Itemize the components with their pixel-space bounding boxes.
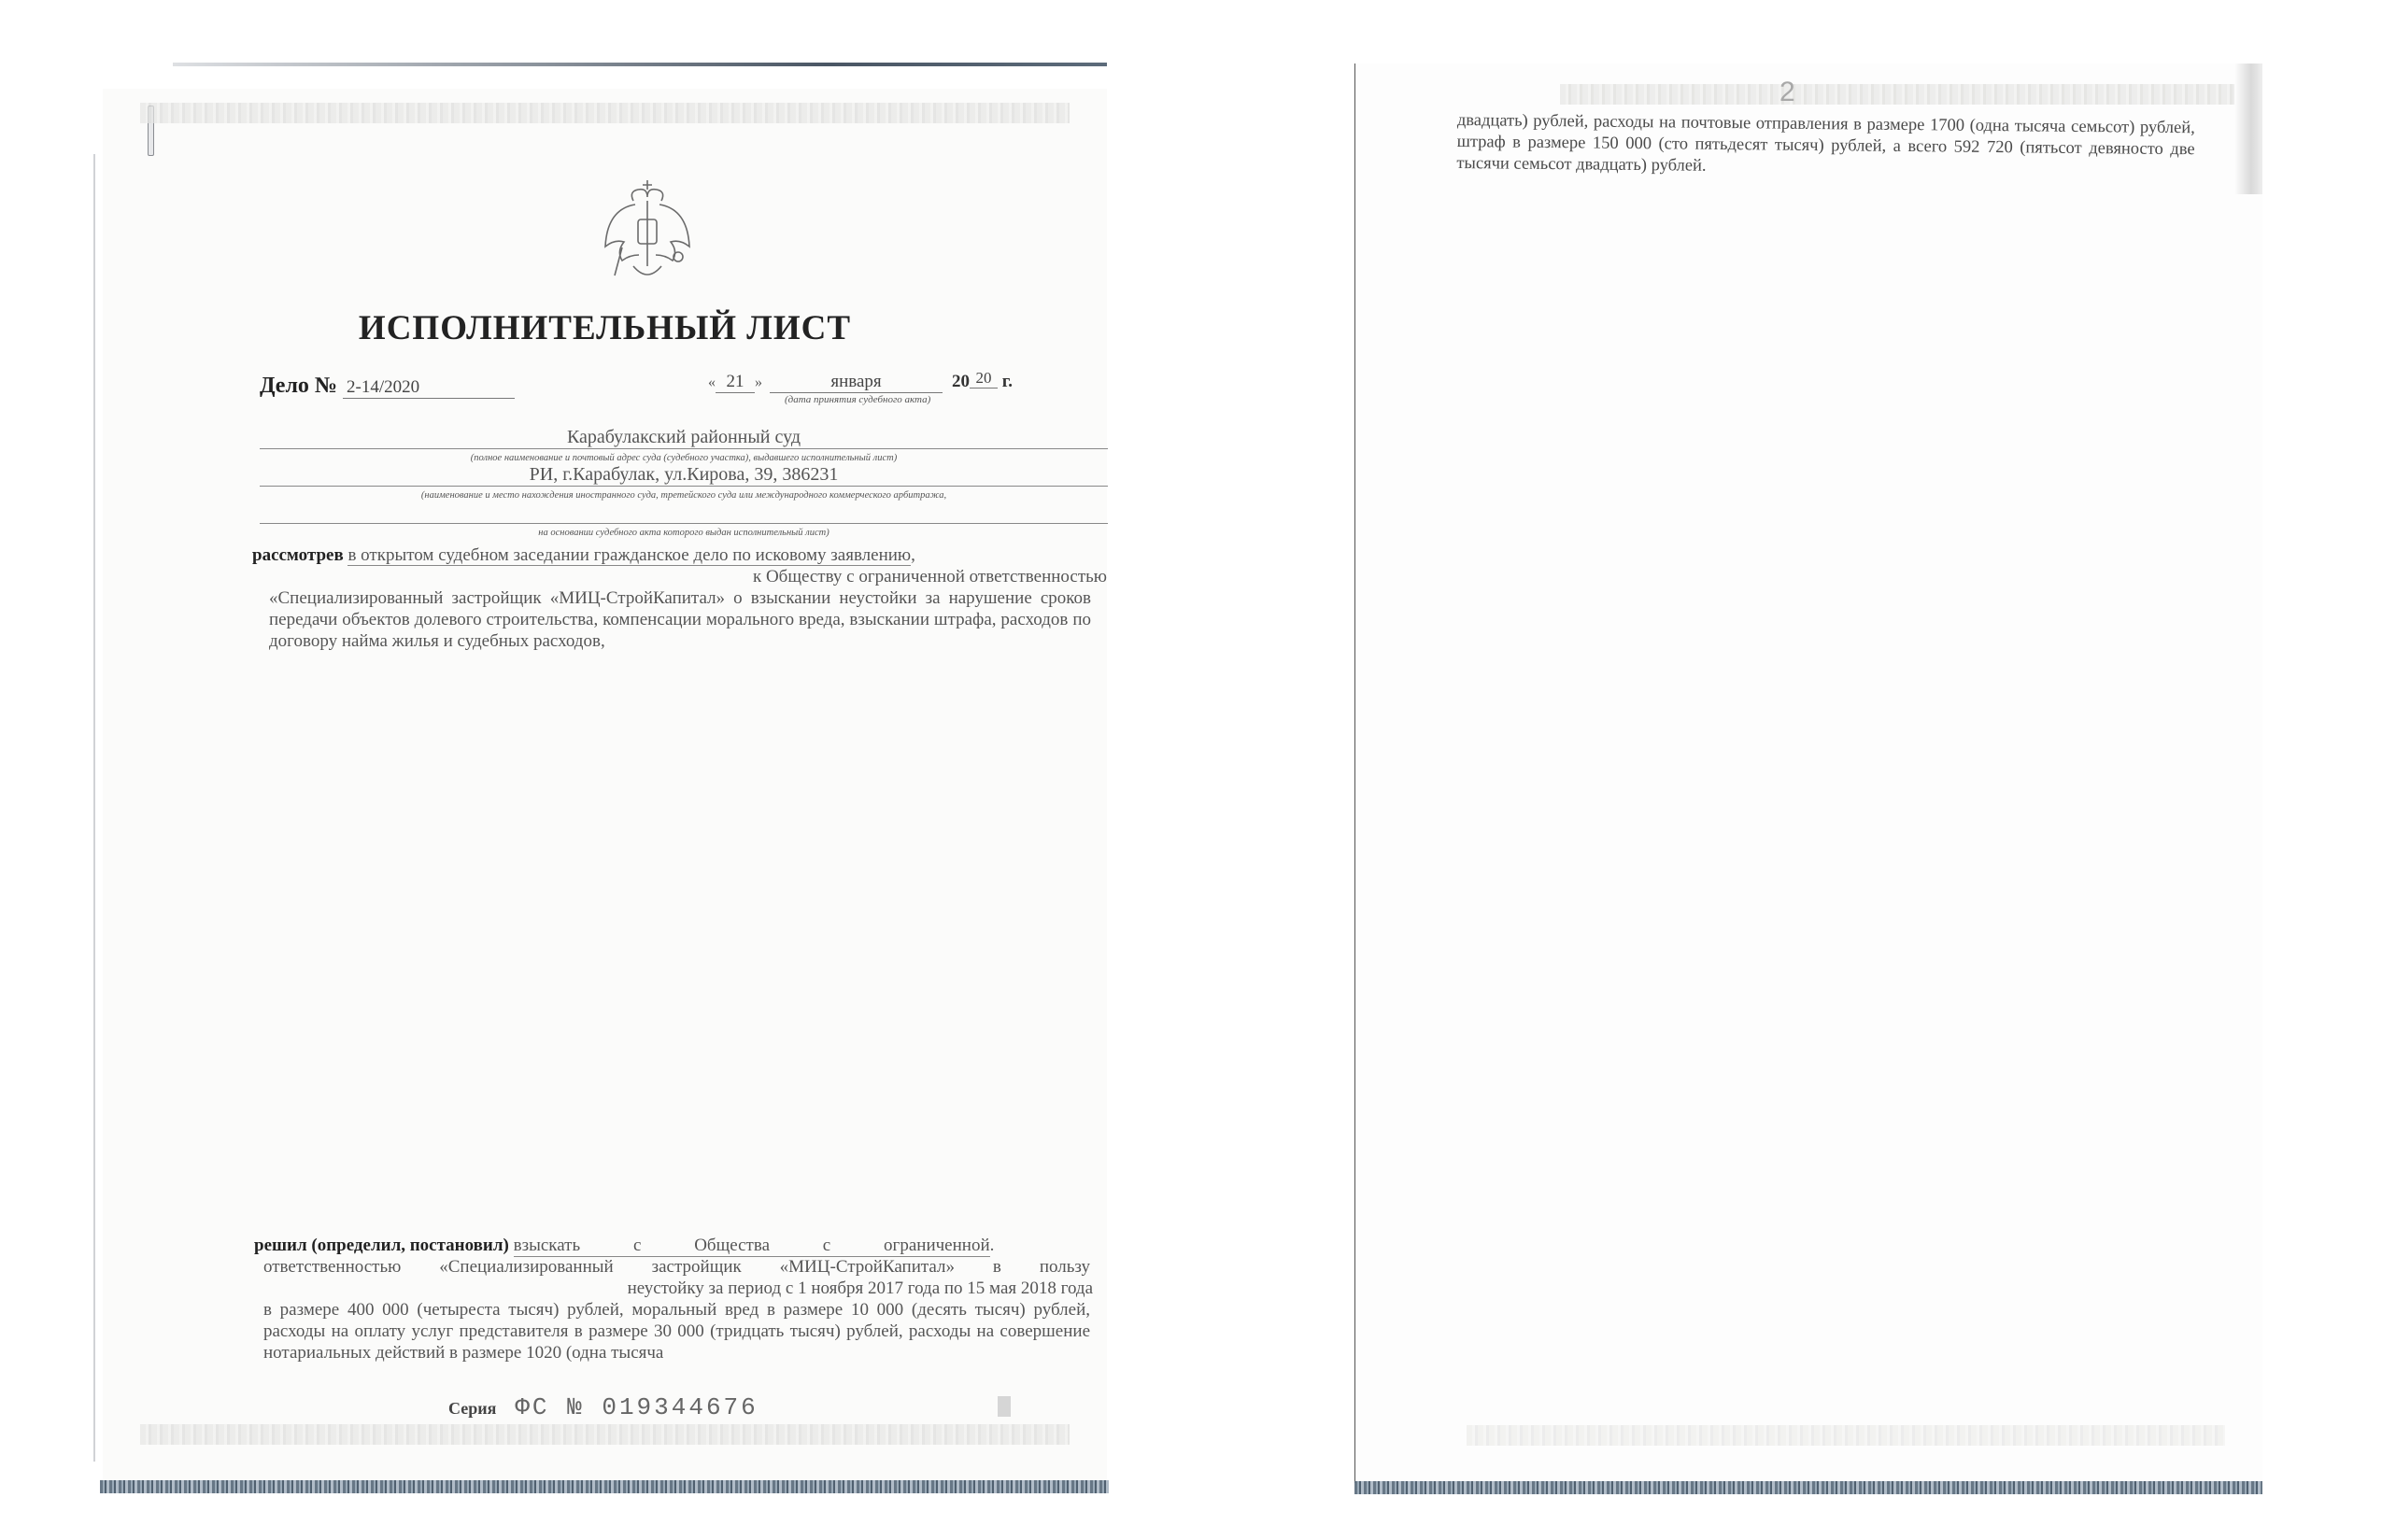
decided-line-3: неустойку за период с 1 ноября 2017 года… bbox=[532, 1278, 1093, 1299]
quote-open: « bbox=[708, 374, 716, 390]
considered-label: рассмотрев bbox=[252, 545, 344, 565]
case-number: 2-14/2020 bbox=[343, 377, 515, 399]
date-year-suffix: 20 bbox=[970, 369, 998, 389]
series-label: Серия bbox=[448, 1399, 496, 1418]
date-year-prefix: 20 bbox=[952, 372, 970, 391]
page-border bbox=[1354, 64, 1355, 1483]
court-name: Карабулакский районный суд bbox=[260, 427, 1108, 449]
basis-caption: на основании судебного акта которого выд… bbox=[260, 528, 1108, 538]
decided-text-rest: в размере 400 000 (четыреста тысяч) рубл… bbox=[263, 1299, 1090, 1363]
considered-text-rest: «Специализированный застройщик «МИЦ-Стро… bbox=[269, 587, 1091, 652]
page-shadow bbox=[93, 154, 95, 1462]
decorative-border-bottom bbox=[1467, 1425, 2225, 1446]
document-title: ИСПОЛНИТЕЛЬНЫЙ ЛИСТ bbox=[103, 308, 1107, 348]
date-day: 21 bbox=[716, 372, 755, 393]
decided-label: решил (определил, постановил) bbox=[254, 1236, 509, 1255]
page-number: 2 bbox=[1779, 77, 1795, 108]
case-label: Дело № bbox=[260, 374, 337, 398]
considered-text-1: в открытом судебном заседании гражданско… bbox=[347, 545, 911, 566]
date-year-mark: г. bbox=[1002, 372, 1013, 391]
series-number: ФС № 019344676 bbox=[515, 1393, 758, 1421]
foreign-court-caption: (наименование и место нахождения иностра… bbox=[260, 490, 1108, 501]
date-month: января bbox=[770, 372, 943, 393]
continuation-text: двадцать) рублей, расходы на почтовые от… bbox=[1456, 110, 2195, 182]
decided-line-2: ответственностью «Специализированный зас… bbox=[263, 1256, 1090, 1278]
considered-line-2: к Обществу с ограниченной ответственност… bbox=[584, 566, 1107, 587]
decorative-border-top bbox=[140, 103, 1070, 123]
page-edge-bottom bbox=[100, 1480, 1109, 1493]
date-caption: (дата принятия судебного акта) bbox=[785, 394, 930, 405]
act-date: «21»января2020 г. bbox=[708, 369, 1013, 393]
decided-line-1: решил (определил, постановил) взыскать с… bbox=[254, 1235, 1112, 1257]
considered-line-1: рассмотрев в открытом судебном заседании… bbox=[252, 544, 1110, 566]
page-fold-shadow bbox=[2234, 64, 2262, 194]
decided-text-1: взыскать с Общества с ограниченной bbox=[514, 1235, 990, 1257]
decorative-border-bottom bbox=[140, 1424, 1070, 1445]
decorative-border-top bbox=[1560, 84, 2234, 105]
stamp-mark bbox=[998, 1396, 1011, 1417]
page-edge-top bbox=[173, 63, 1107, 66]
coat-of-arms-icon bbox=[596, 173, 699, 285]
court-name-caption: (полное наименование и почтовый адрес су… bbox=[260, 453, 1108, 463]
quote-close: » bbox=[755, 374, 762, 390]
page-edge-bottom bbox=[1354, 1481, 2262, 1494]
blank-line bbox=[260, 502, 1108, 524]
case-number-row: Дело №2-14/2020 bbox=[260, 374, 515, 399]
series-row: СерияФС № 019344676 bbox=[448, 1393, 759, 1421]
court-address: РИ, г.Карабулак, ул.Кирова, 39, 386231 bbox=[260, 464, 1108, 487]
writ-page-1: ИСПОЛНИТЕЛЬНЫЙ ЛИСТ Дело №2-14/2020 «21»… bbox=[103, 89, 1107, 1480]
writ-page-2: 2 двадцать) рублей, расходы на почтовые … bbox=[1354, 64, 2262, 1483]
